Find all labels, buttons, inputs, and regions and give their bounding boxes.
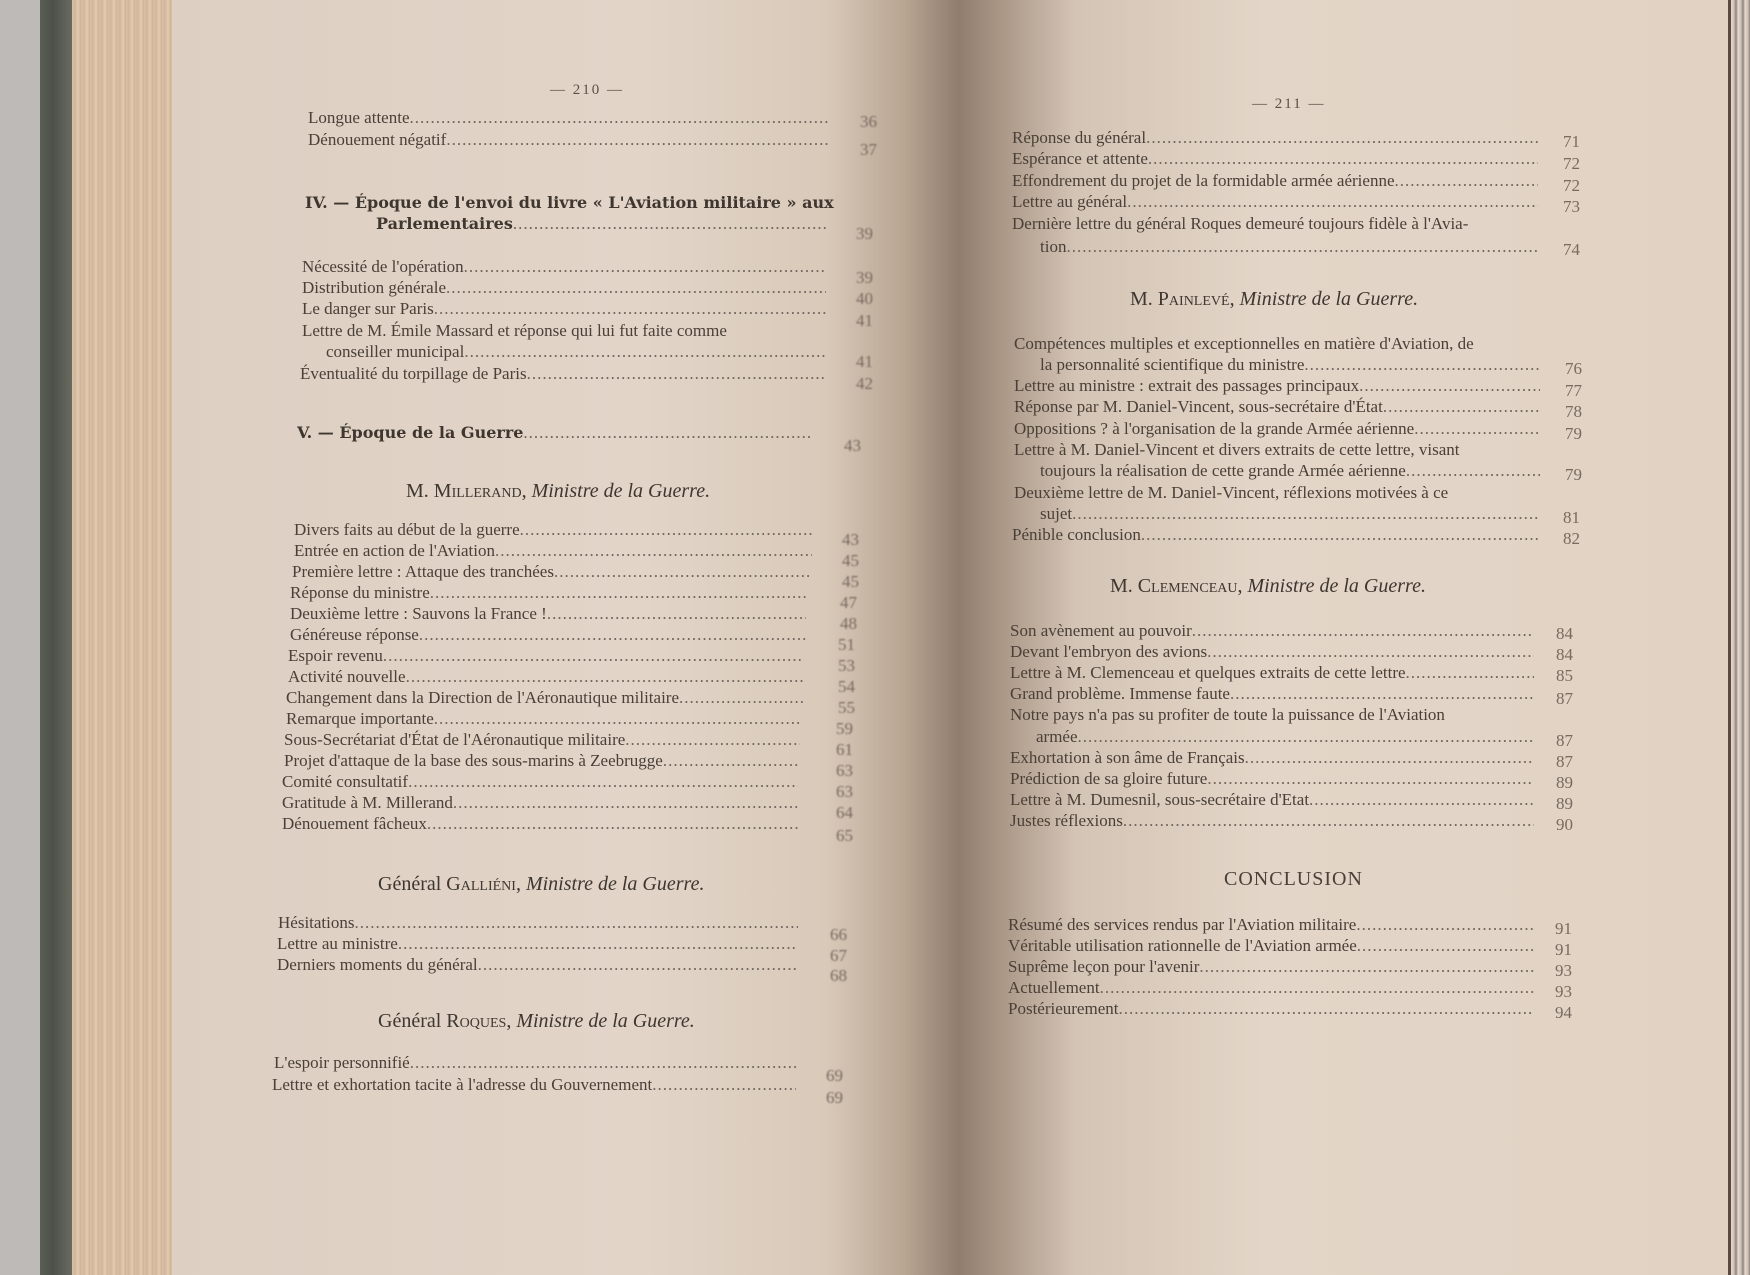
toc-page-number: 94 <box>1555 1003 1572 1023</box>
toc-entry: Postérieurement.........................… <box>1008 999 1534 1019</box>
toc-entry: Résumé des services rendus par l'Aviatio… <box>1008 915 1534 935</box>
toc-entry: Lettre à M. Daniel-Vincent et divers ext… <box>1014 440 1460 460</box>
toc-page-number: 93 <box>1555 982 1572 1002</box>
toc-entry: Actuellement............................… <box>1008 978 1534 998</box>
toc-entry-cont: armée...................................… <box>1036 727 1534 747</box>
toc-entry: Oppositions ? à l'organisation de la gra… <box>1014 419 1540 439</box>
toc-page-number: 89 <box>1556 773 1573 793</box>
toc-entry-cont: sujet...................................… <box>1040 504 1540 524</box>
toc-entry: Notre pays n'a pas su profiter de toute … <box>1010 705 1445 725</box>
toc-entry: Lettre au général.......................… <box>1012 192 1538 212</box>
toc-entry: Effondrement du projet de la formidable … <box>1012 171 1538 191</box>
toc-page-number: 85 <box>1556 666 1573 686</box>
toc-page-number: 79 <box>1565 465 1582 485</box>
toc-entry: Justes réflexions.......................… <box>1010 811 1534 831</box>
section-title-painleve: M. Painlevé, Ministre de la Guerre. <box>1130 288 1418 311</box>
toc-entry: Suprême leçon pour l'avenir.............… <box>1008 957 1534 977</box>
toc-page-number: 91 <box>1555 940 1572 960</box>
toc-entry: Exhortation à son âme de Français.......… <box>1010 748 1534 768</box>
toc-entry: Prédiction de sa gloire future..........… <box>1010 769 1534 789</box>
toc-page-number: 76 <box>1565 359 1582 379</box>
toc-page-number: 87 <box>1556 731 1573 751</box>
toc-page-number: 81 <box>1563 508 1580 528</box>
toc-entry: Lettre au ministre : extrait des passage… <box>1014 376 1540 396</box>
toc-page-number: 71 <box>1563 132 1580 152</box>
toc-entry: Dernière lettre du général Roques demeur… <box>1012 214 1468 234</box>
toc-page-number: 79 <box>1565 424 1582 444</box>
toc-entry-cont: toujours la réalisation de cette grande … <box>1040 461 1540 481</box>
toc-page-number: 93 <box>1555 961 1572 981</box>
toc-page-number: 82 <box>1563 529 1580 549</box>
toc-page-number: 87 <box>1556 689 1573 709</box>
toc-page-number: 84 <box>1556 624 1573 644</box>
right-page: — 211 — Réponse du général..............… <box>0 0 1750 1275</box>
toc-entry: Véritable utilisation rationnelle de l'A… <box>1008 936 1534 956</box>
section-title-clemenceau: M. Clemenceau, Ministre de la Guerre. <box>1110 575 1426 598</box>
toc-page-number: 89 <box>1556 794 1573 814</box>
toc-page-number: 72 <box>1563 176 1580 196</box>
toc-entry-cont: la personnalité scientifique du ministre… <box>1040 355 1540 375</box>
toc-page-number: 91 <box>1555 919 1572 939</box>
toc-page-number: 84 <box>1556 645 1573 665</box>
toc-entry: Lettre à M. Dumesnil, sous-secrétaire d'… <box>1010 790 1534 810</box>
toc-entry: Son avènement au pouvoir................… <box>1010 621 1534 641</box>
toc-page-number: 77 <box>1565 381 1582 401</box>
toc-entry: Devant l'embryon des avions.............… <box>1010 642 1534 662</box>
conclusion-heading: CONCLUSION <box>1224 868 1363 891</box>
toc-entry: Pénible conclusion......................… <box>1012 525 1538 545</box>
toc-page-number: 90 <box>1556 815 1573 835</box>
toc-entry-cont: tion....................................… <box>1040 237 1538 257</box>
toc-page-number: 87 <box>1556 752 1573 772</box>
toc-entry: Lettre à M. Clemenceau et quelques extra… <box>1010 663 1534 683</box>
toc-page-number: 73 <box>1563 197 1580 217</box>
toc-entry: Réponse du général......................… <box>1012 128 1538 148</box>
toc-entry: Compétences multiples et exceptionnelles… <box>1014 334 1474 354</box>
toc-page-number: 78 <box>1565 402 1582 422</box>
toc-entry: Grand problème. Immense faute...........… <box>1010 684 1534 704</box>
page-number: — 211 — <box>1252 96 1325 113</box>
toc-entry: Espérance et attente....................… <box>1012 149 1538 169</box>
toc-entry: Réponse par M. Daniel-Vincent, sous-secr… <box>1014 397 1540 417</box>
toc-page-number: 74 <box>1563 240 1580 260</box>
toc-entry: Deuxième lettre de M. Daniel-Vincent, ré… <box>1014 483 1448 503</box>
toc-page-number: 72 <box>1563 154 1580 174</box>
